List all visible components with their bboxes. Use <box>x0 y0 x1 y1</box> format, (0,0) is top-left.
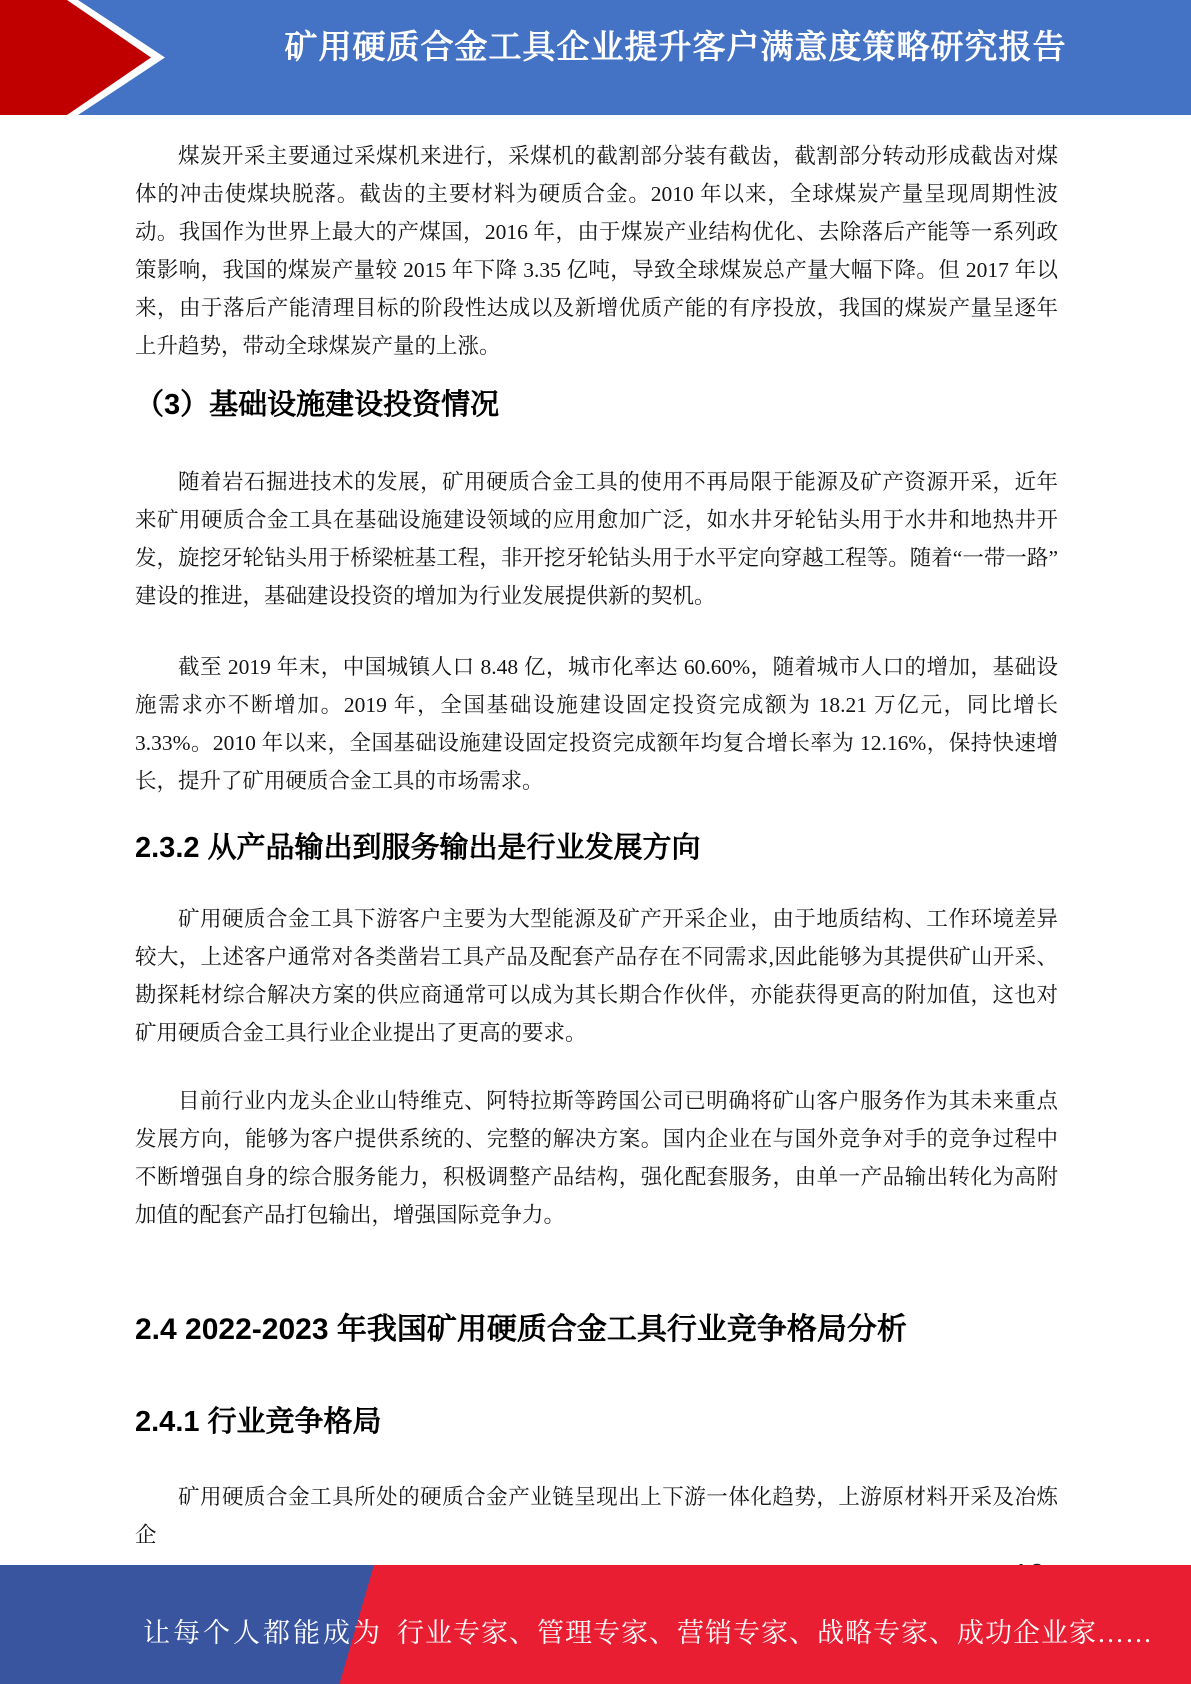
paragraph-infrastructure-usage: 随着岩石掘进技术的发展，矿用硬质合金工具的使用不再局限于能源及矿产资源开采，近年… <box>135 463 1058 615</box>
report-page: 矿用硬质合金工具企业提升客户满意度策略研究报告 煤炭开采主要通过采煤机来进行，采… <box>0 0 1191 1684</box>
paragraph-coal-mining: 煤炭开采主要通过采煤机来进行，采煤机的截割部分装有截齿，截割部分转动形成截齿对煤… <box>135 137 1058 365</box>
footer-slogan-left: 让每个人都能成为 <box>143 1611 383 1650</box>
heading-2-4-1-competition-pattern: 2.4.1 行业竞争格局 <box>135 1402 1058 1442</box>
report-title: 矿用硬质合金工具企业提升客户满意度策略研究报告 <box>175 24 1176 70</box>
heading-2-4-competition-analysis: 2.4 2022-2023 年我国矿用硬质合金工具行业竞争格局分析 <box>135 1310 1058 1350</box>
paragraph-industry-chain: 矿用硬质合金工具所处的硬质合金产业链呈现出上下游一体化趋势，上游原材料开采及冶炼… <box>135 1478 1058 1554</box>
footer-slogan-right: 行业专家、管理专家、营销专家、战略专家、成功企业家…… <box>397 1611 1153 1650</box>
page-header-banner: 矿用硬质合金工具企业提升客户满意度策略研究报告 <box>0 0 1191 115</box>
page-footer-banner: 让每个人都能成为 行业专家、管理专家、营销专家、战略专家、成功企业家…… <box>0 1565 1191 1684</box>
heading-infrastructure-investment: （3）基础设施建设投资情况 <box>135 385 1058 425</box>
paragraph-downstream-customers: 矿用硬质合金工具下游客户主要为大型能源及矿产开采企业，由于地质结构、工作环境差异… <box>135 900 1058 1052</box>
paragraph-urbanization-investment: 截至 2019 年末，中国城镇人口 8.48 亿，城市化率达 60.60%，随着… <box>135 648 1058 800</box>
heading-2-3-2-service-output: 2.3.2 从产品输出到服务输出是行业发展方向 <box>135 828 1058 868</box>
page-content: 煤炭开采主要通过采煤机来进行，采煤机的截割部分装有截齿，截割部分转动形成截齿对煤… <box>0 115 1191 1594</box>
red-arrow-icon <box>0 0 170 115</box>
paragraph-leading-companies: 目前行业内龙头企业山特维克、阿特拉斯等跨国公司已明确将矿山客户服务作为其未来重点… <box>135 1082 1058 1234</box>
